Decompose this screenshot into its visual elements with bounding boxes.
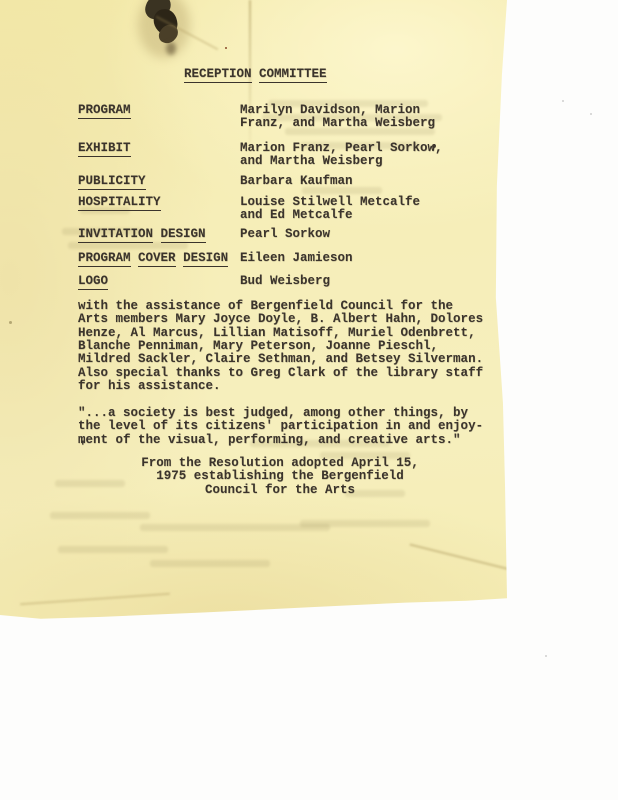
committee-role-label: PROGRAM [78,104,131,119]
bleed-through-line [58,546,168,553]
committee-role-label: EXHIBIT [78,142,131,157]
tape-stain-tail [166,42,176,55]
committee-role-label: PROGRAM COVER DESIGN [78,252,228,267]
bleed-through-line [300,520,430,527]
scan-dust-speck [562,100,564,102]
committee-role-label: LOGO [78,275,108,290]
committee-names: Louise Stilwell Metcalfe and Ed Metcalfe [240,196,420,223]
scan-dust-speck [545,655,547,657]
committee-role-label: INVITATION DESIGN [78,228,206,243]
stray-apostrophe: ' [79,441,87,454]
bleed-through-line [150,560,270,567]
fold-crease [20,593,170,605]
committee-role-label: PUBLICITY [78,175,146,190]
document-title: RECEPTION COMMITTEE [184,68,327,83]
committee-names: Marilyn Davidson, Marion Franz, and Mart… [240,104,435,131]
committee-names: Bud Weisberg [240,275,330,288]
committee-names: Pearl Sorkow [240,228,330,241]
committee-role-label: HOSPITALITY [78,196,161,211]
committee-names: Barbara Kaufman [240,175,353,188]
resolution-attribution: From the Resolution adopted April 15, 19… [55,457,505,497]
scan-dust-speck [590,113,592,115]
bleed-through-line [50,512,150,519]
quote-paragraph: "...a society is best judged, among othe… [78,407,508,447]
ink-speck [9,321,12,324]
committee-names: Marion Franz, Pearl Sorkow, and Martha W… [240,142,443,169]
committee-names: Eileen Jamieson [240,252,353,265]
ink-speck [225,47,227,49]
document-page: RECEPTION COMMITTEE PROGRAMMarilyn David… [0,0,507,620]
acknowledgment-paragraph: with the assistance of Bergenfield Counc… [78,300,508,393]
